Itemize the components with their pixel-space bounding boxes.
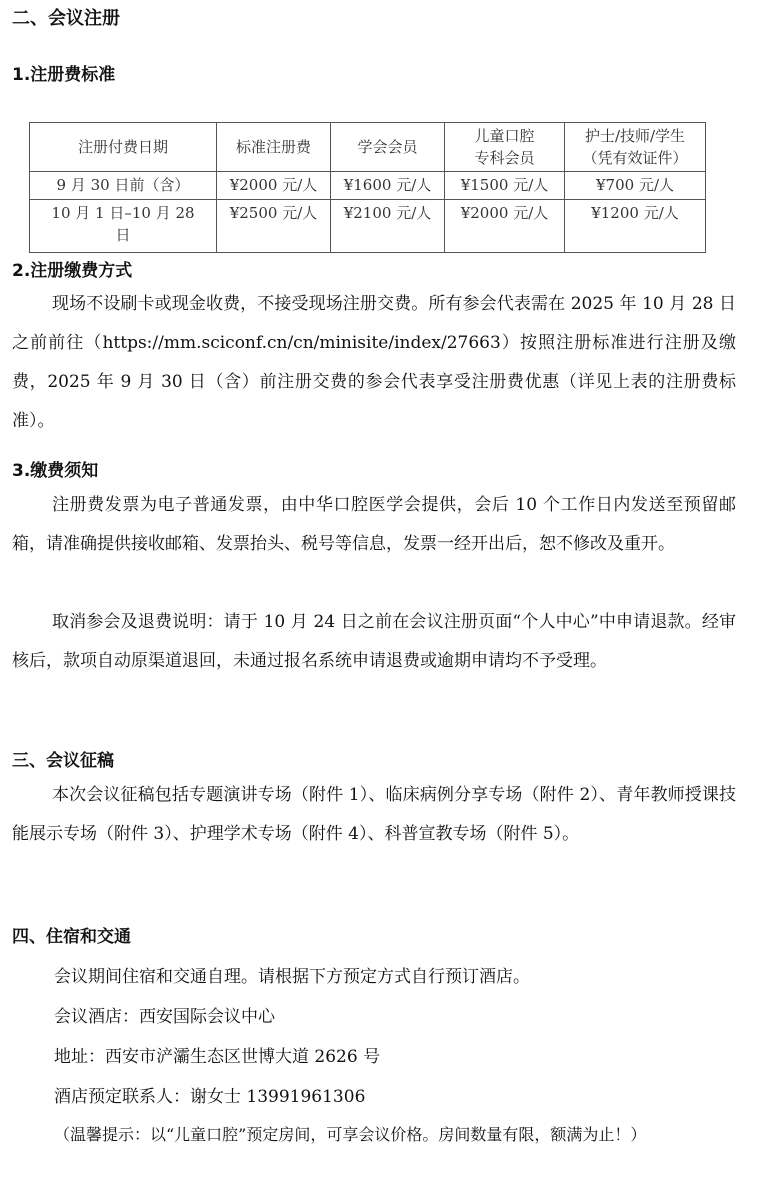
registration-fee-table: 注册付费日期 标准注册费 学会会员 儿童口腔 专科会员 护士/技师/学生 （凭有…	[29, 122, 706, 253]
cell: ¥1200 元/人	[565, 200, 706, 253]
cell: ¥2000 元/人	[445, 200, 565, 253]
cell: ¥2100 元/人	[331, 200, 445, 253]
header-standard-fee: 标准注册费	[217, 123, 331, 172]
subsection-payment-method-heading: 2.注册缴费方式	[12, 256, 132, 281]
hotel-address: 地址：西安市浐灞生态区世博大道 2626 号	[54, 1042, 380, 1067]
cell: ¥700 元/人	[565, 172, 706, 200]
section-4-heading: 四、住宿和交通	[12, 922, 131, 947]
table-header-row: 注册付费日期 标准注册费 学会会员 儿童口腔 专科会员 护士/技师/学生 （凭有…	[30, 123, 706, 172]
cell: ¥2000 元/人	[217, 172, 331, 200]
subsection-payment-notes-heading: 3.缴费须知	[12, 456, 98, 481]
header-society-member: 学会会员	[331, 123, 445, 172]
header-pediatric-member: 儿童口腔 专科会员	[445, 123, 565, 172]
cell: ¥1500 元/人	[445, 172, 565, 200]
cell: 10 月 1 日–10 月 28 日	[30, 200, 217, 253]
call-for-papers-paragraph: 本次会议征稿包括专题演讲专场（附件 1）、临床病例分享专场（附件 2）、青年教师…	[12, 776, 736, 854]
payment-method-paragraph: 现场不设刷卡或现金收费，不接受现场注册交费。所有参会代表需在 2025 年 10…	[12, 285, 736, 441]
hotel-name: 会议酒店：西安国际会议中心	[54, 1002, 275, 1027]
cell: 9 月 30 日前（含）	[30, 172, 217, 200]
cell: ¥2500 元/人	[217, 200, 331, 253]
hotel-contact: 酒店预定联系人：谢女士 13991961306	[54, 1082, 365, 1107]
refund-paragraph: 取消参会及退费说明：请于 10 月 24 日之前在会议注册页面“个人中心”中申请…	[12, 603, 736, 681]
table-row: 9 月 30 日前（含） ¥2000 元/人 ¥1600 元/人 ¥1500 元…	[30, 172, 706, 200]
booking-tip: （温馨提示：以“儿童口腔”预定房间，可享会议价格。房间数量有限，额满为止！）	[54, 1122, 646, 1145]
section-3-heading: 三、会议征稿	[12, 746, 114, 771]
header-payment-date: 注册付费日期	[30, 123, 217, 172]
accommodation-note: 会议期间住宿和交通自理。请根据下方预定方式自行预订酒店。	[54, 962, 530, 987]
subsection-fee-standard-heading: 1.注册费标准	[12, 60, 115, 85]
cell: ¥1600 元/人	[331, 172, 445, 200]
header-nurse-tech-student: 护士/技师/学生 （凭有效证件）	[565, 123, 706, 172]
table-row: 10 月 1 日–10 月 28 日 ¥2500 元/人 ¥2100 元/人 ¥…	[30, 200, 706, 253]
section-2-heading: 二、会议注册	[12, 4, 120, 30]
invoice-paragraph: 注册费发票为电子普通发票，由中华口腔医学会提供，会后 10 个工作日内发送至预留…	[12, 486, 736, 564]
